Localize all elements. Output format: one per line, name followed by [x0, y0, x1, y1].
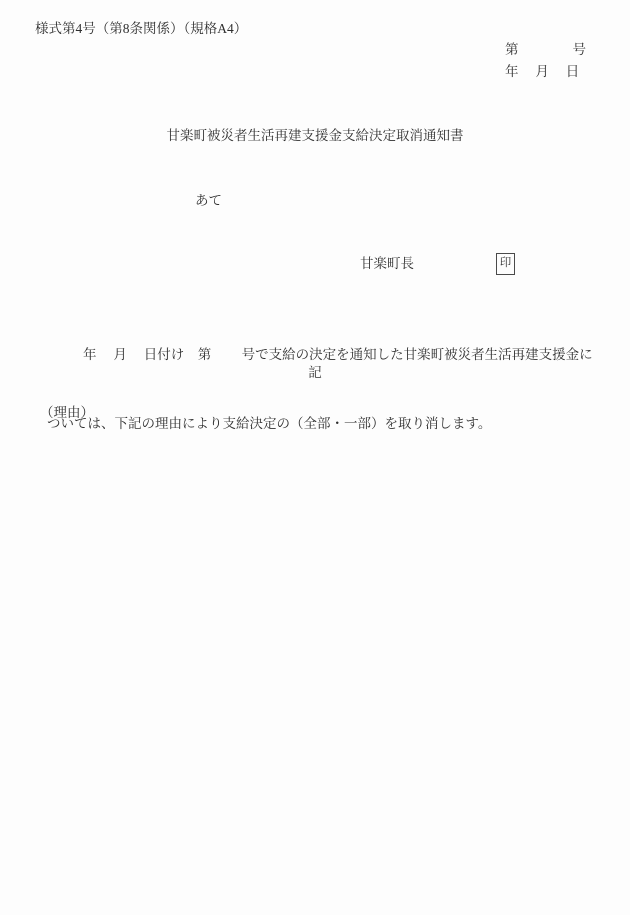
body-line-2: ついては、下記の理由により支給決定の（全部・一部）を取り消します。: [47, 412, 607, 435]
seal-mark: 印: [496, 253, 515, 275]
section-marker-ki: 記: [0, 364, 630, 381]
reason-label: （理由）: [40, 404, 94, 421]
issuer-name: 甘楽町長: [360, 255, 414, 272]
addressee-label: あて: [195, 192, 222, 209]
body-line-1: 年 月 日付け 第 号で支給の決定を通知した甘楽町被災者生活再建支援金に: [47, 343, 607, 366]
form-number: 様式第4号（第8条関係）（規格A4）: [35, 20, 247, 37]
document-page: 様式第4号（第8条関係）（規格A4） 第 号 年 月 日 甘楽町被災者生活再建支…: [0, 0, 630, 915]
date-line: 年 月 日: [505, 63, 579, 80]
document-number-line: 第 号: [505, 41, 586, 58]
body-paragraph: 年 月 日付け 第 号で支給の決定を通知した甘楽町被災者生活再建支援金に ついて…: [47, 297, 607, 481]
document-title: 甘楽町被災者生活再建支援金支給決定取消通知書: [0, 127, 630, 144]
